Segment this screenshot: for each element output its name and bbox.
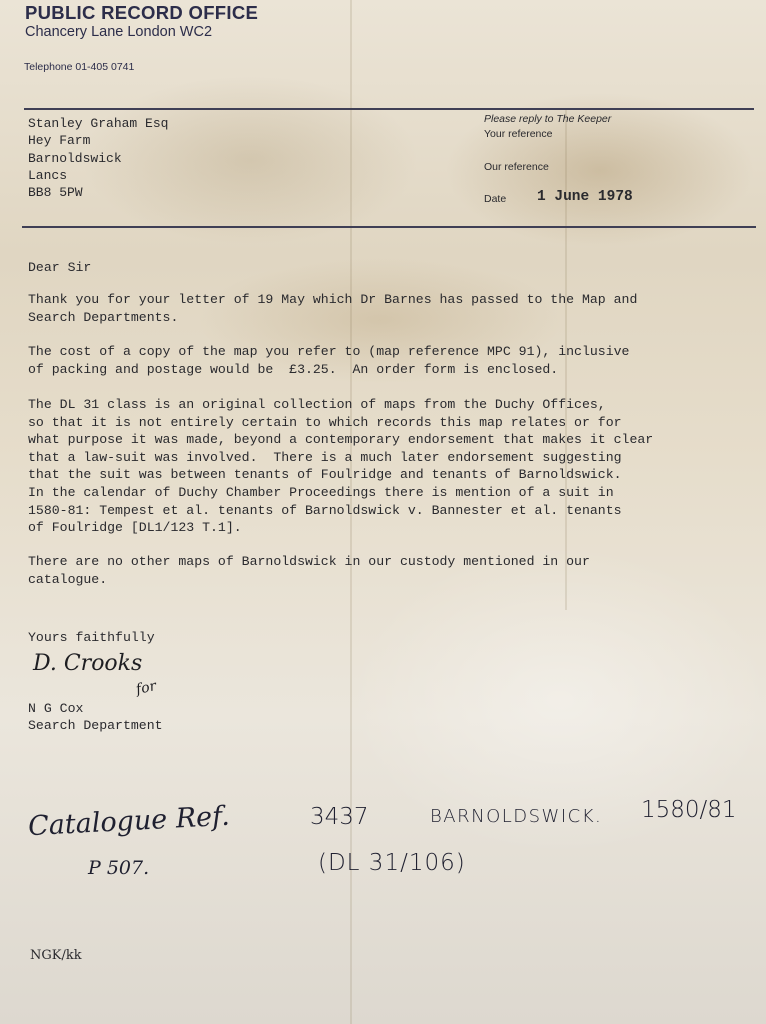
recipient-line: BB8 5PW (28, 184, 168, 201)
your-reference-label: Your reference (484, 128, 553, 140)
signature: D. Crooks (33, 651, 142, 676)
date-value: 1 June 1978 (537, 189, 633, 205)
organization-name: PUBLIC RECORD OFFICE (25, 2, 258, 24)
recipient-line: Barnoldswick (28, 150, 168, 167)
handwritten-number: 3437 (310, 804, 369, 830)
organization-address: Chancery Lane London WC2 (25, 24, 212, 40)
organization-telephone: Telephone 01-405 0741 (24, 61, 134, 73)
salutation: Dear Sir (28, 259, 91, 277)
closing: Yours faithfully (28, 629, 155, 647)
recipient-address: Stanley Graham Esq Hey Farm Barnoldswick… (28, 115, 168, 201)
signatory-name: N G Cox (28, 700, 83, 718)
handwritten-years: 1580/81 (641, 797, 737, 823)
date-row: Date 1 June 1978 (484, 193, 506, 205)
recipient-line: Hey Farm (28, 132, 168, 149)
handwritten-catalogue-ref-label: Catalogue Ref. (27, 801, 230, 843)
our-reference-label: Our reference (484, 161, 549, 173)
paragraph-4: There are no other maps of Barnoldswick … (28, 553, 590, 588)
signatory-department: Search Department (28, 717, 163, 735)
header-divider-bottom (22, 226, 756, 228)
signature-for: for (135, 678, 158, 698)
recipient-line: Stanley Graham Esq (28, 115, 168, 132)
reply-to-label: Please reply to The Keeper (484, 113, 611, 125)
paragraph-1: Thank you for your letter of 19 May whic… (28, 291, 637, 326)
paragraph-3: The DL 31 class is an original collectio… (28, 396, 653, 537)
typist-reference: NGK/kk (30, 948, 82, 963)
handwritten-class-ref: (DL 31/106) (318, 850, 466, 876)
handwritten-page: P 507. (88, 857, 149, 879)
header-divider-top (24, 108, 754, 110)
handwritten-place: BARNOLDSWICK. (430, 806, 602, 827)
date-label: Date (484, 193, 506, 205)
recipient-line: Lancs (28, 167, 168, 184)
paragraph-2: The cost of a copy of the map you refer … (28, 343, 629, 378)
